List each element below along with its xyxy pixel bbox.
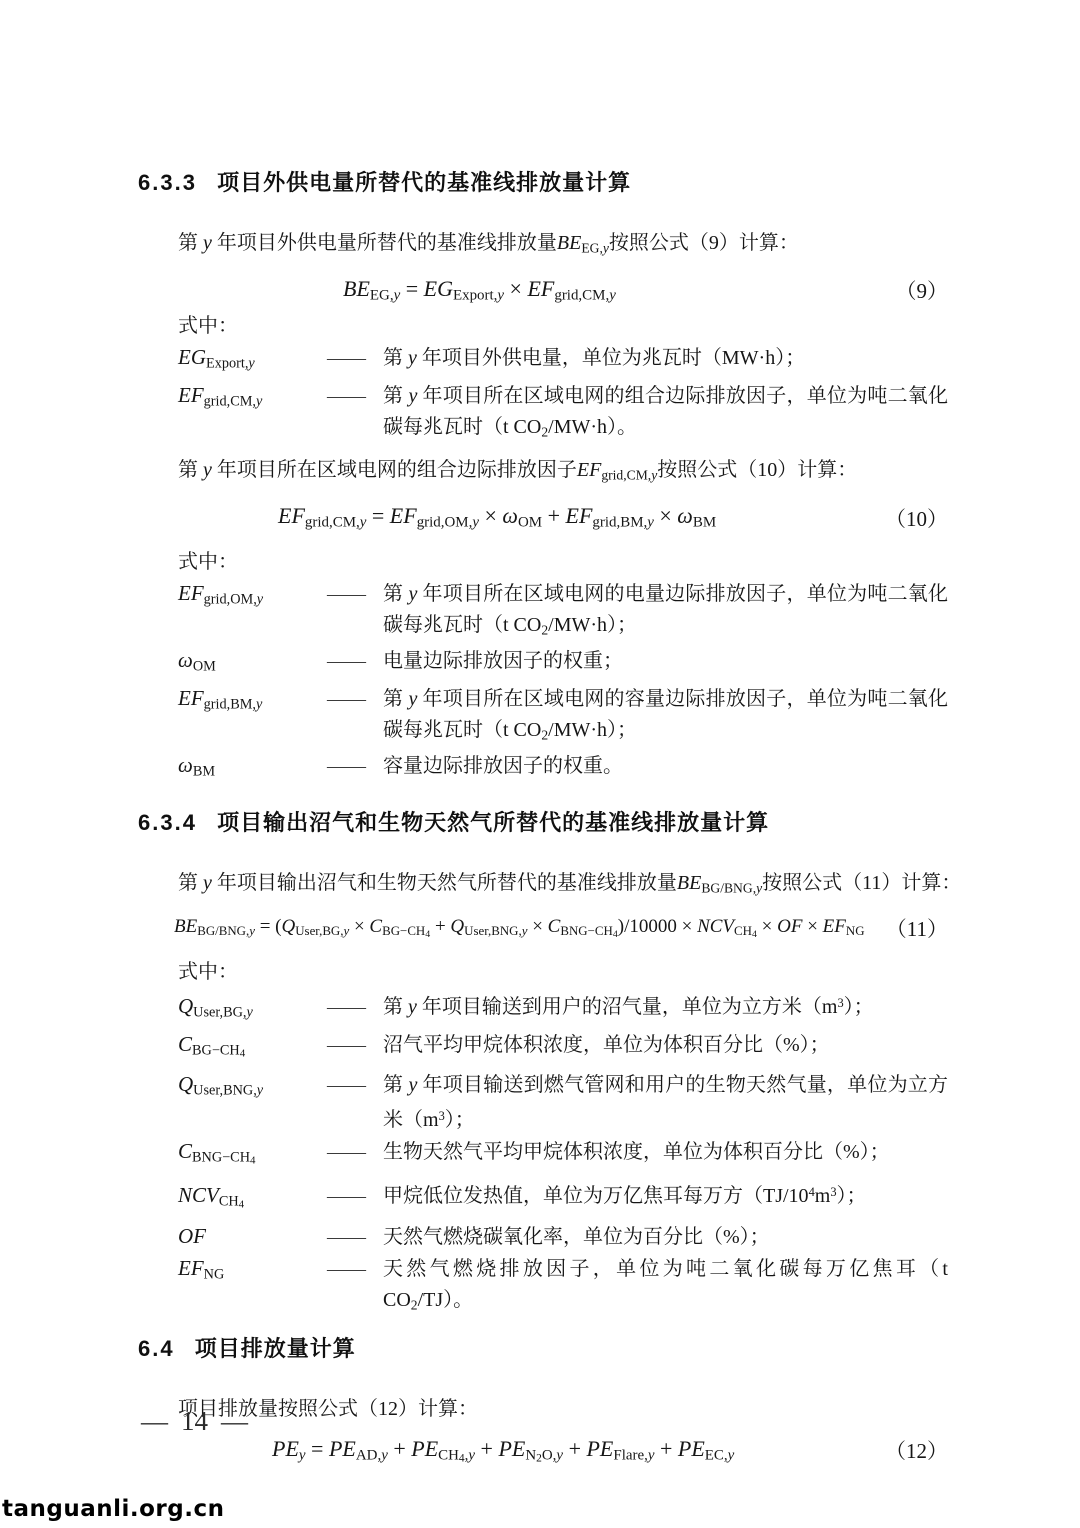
definition-row: QUser,BG,y —— 第 y 年项目输送到用户的沼气量，单位为立方米（m3… [138, 988, 948, 1029]
definition-dash: —— [327, 1070, 383, 1101]
section-title: 项目排放量计算 [195, 1336, 356, 1361]
definition-list-eq9: EGExport,y —— 第 y 年项目外供电量，单位为兆瓦时（MW·h）； … [138, 342, 948, 447]
section-heading-64: 6.4 项目排放量计算 [138, 1334, 948, 1364]
definition-dash: —— [327, 1254, 383, 1285]
variable-description: 第 y 年项目外供电量，单位为兆瓦时（MW·h）； [383, 343, 948, 374]
definition-row: ωOM —— 电量边际排放因子的权重； [138, 645, 948, 683]
definition-row: CBG−CH4 —— 沼气平均甲烷体积浓度，单位为体积百分比（%）； [138, 1029, 948, 1069]
variable-term: EFNG [178, 1253, 327, 1291]
variable-description: 甲烷低位发热值，单位为万亿焦耳每万方（TJ/104m3）； [383, 1177, 948, 1212]
page-number-dash: — [221, 1406, 248, 1437]
definition-row: NCVCH4 —— 甲烷低位发热值，单位为万亿焦耳每万方（TJ/104m3）； [138, 1177, 948, 1221]
formula-11: BEBG/BNG,y = (QUser,BG,y × CBG−CH4 + QUs… [174, 916, 865, 940]
formula-9: BEEG,y = EGExport,y × EFgrid,CM,y [343, 276, 616, 305]
formula-row-10: EFgrid,CM,y = EFgrid,OM,y × ωOM + EFgrid… [138, 497, 948, 539]
definition-dash: —— [327, 646, 383, 677]
definition-list-eq11: QUser,BG,y —— 第 y 年项目输送到用户的沼气量，单位为立方米（m3… [138, 988, 948, 1320]
variable-description: 电量边际排放因子的权重； [383, 646, 948, 677]
equation-label-12: （12） [885, 1435, 948, 1465]
formula-row-12: PEy = PEAD,y + PECH4,y + PEN2O,y + PEFla… [138, 1429, 948, 1471]
formula-row-9: BEEG,y = EGExport,y × EFgrid,CM,y （9） [138, 269, 948, 311]
variable-term: ωOM [178, 645, 327, 683]
variable-term: ωBM [178, 750, 327, 788]
section-heading-633: 6.3.3 项目外供电量所替代的基准线排放量计算 [138, 168, 948, 198]
definition-dash: —— [327, 1181, 383, 1212]
intro-paragraph-eq10: 第 y 年项目所在区域电网的组合边际排放因子EFgrid,CM,y按照公式（10… [138, 455, 948, 490]
definition-dash: —— [327, 343, 383, 374]
where-label: 式中： [138, 547, 948, 578]
definition-dash: —— [327, 1222, 383, 1253]
document-page: 6.3.3 项目外供电量所替代的基准线排放量计算 第 y 年项目外供电量所替代的… [0, 0, 1080, 1528]
variable-description: 生物天然气平均甲烷体积浓度，单位为体积百分比（%）； [383, 1137, 948, 1168]
intro-paragraph-eq11: 第 y 年项目输出沼气和生物天然气所替代的基准线排放量BEBG/BNG,y按照公… [138, 868, 948, 903]
watermark-text: tanguanli.org.cn [2, 1496, 224, 1522]
definition-list-eq10: EFgrid,OM,y —— 第 y 年项目所在区域电网的电量边际排放因子，单位… [138, 578, 948, 788]
section-title: 项目输出沼气和生物天然气所替代的基准线排放量计算 [217, 810, 769, 835]
variable-description: 天然气燃烧排放因子，单位为吨二氧化碳每万亿焦耳（t CO2/TJ）。 [383, 1254, 948, 1320]
definition-dash: —— [327, 751, 383, 782]
intro-paragraph-eq12: 项目排放量按照公式（12）计算： [138, 1394, 948, 1425]
definition-row: EFNG —— 天然气燃烧排放因子，单位为吨二氧化碳每万亿焦耳（t CO2/TJ… [138, 1253, 948, 1320]
intro-paragraph-eq9: 第 y 年项目外供电量所替代的基准线排放量BEEG,y按照公式（9）计算： [138, 228, 948, 263]
variable-description: 容量边际排放因子的权重。 [383, 751, 948, 782]
variable-description: 第 y 年项目输送到燃气管网和用户的生物天然气量，单位为立方米（m3）； [383, 1070, 948, 1136]
formula-12: PEy = PEAD,y + PECH4,y + PEN2O,y + PEFla… [272, 1436, 734, 1465]
definition-row: CBNG−CH4 —— 生物天然气平均甲烷体积浓度，单位为体积百分比（%）； [138, 1136, 948, 1176]
variable-term: OF [178, 1221, 327, 1252]
definition-row: EFgrid,OM,y —— 第 y 年项目所在区域电网的电量边际排放因子，单位… [138, 578, 948, 645]
page-number-value: 14 [181, 1406, 208, 1437]
variable-term: EFgrid,OM,y [178, 578, 327, 616]
variable-description: 沼气平均甲烷体积浓度，单位为体积百分比（%）； [383, 1030, 948, 1061]
definition-dash: —— [327, 1137, 383, 1168]
definition-dash: —— [327, 992, 383, 1023]
variable-description: 天然气燃烧碳氧化率，单位为百分比（%）； [383, 1222, 948, 1253]
equation-label-9: （9） [896, 275, 949, 305]
equation-label-11: （11） [886, 913, 948, 943]
definition-dash: —— [327, 684, 383, 715]
definition-row: ωBM —— 容量边际排放因子的权重。 [138, 750, 948, 788]
definition-dash: —— [327, 1030, 383, 1061]
where-label: 式中： [138, 957, 948, 988]
definition-dash: —— [327, 381, 383, 412]
variable-term: NCVCH4 [178, 1180, 327, 1220]
variable-description: 第 y 年项目输送到用户的沼气量，单位为立方米（m3）； [383, 988, 948, 1023]
variable-term: QUser,BNG,y [178, 1069, 327, 1107]
definition-row: QUser,BNG,y —— 第 y 年项目输送到燃气管网和用户的生物天然气量，… [138, 1069, 948, 1136]
section-number: 6.3.3 [138, 170, 197, 195]
definition-row: EFgrid,BM,y —— 第 y 年项目所在区域电网的容量边际排放因子，单位… [138, 683, 948, 750]
section-number: 6.4 [138, 1336, 175, 1361]
equation-label-10: （10） [885, 503, 948, 533]
variable-description: 第 y 年项目所在区域电网的容量边际排放因子，单位为吨二氧化碳每兆瓦时（t CO… [383, 684, 948, 750]
page-content: 6.3.3 项目外供电量所替代的基准线排放量计算 第 y 年项目外供电量所替代的… [0, 0, 1080, 1471]
page-number: — 14 — [141, 1406, 248, 1437]
variable-description: 第 y 年项目所在区域电网的电量边际排放因子，单位为吨二氧化碳每兆瓦时（t CO… [383, 579, 948, 645]
definition-row: OF —— 天然气燃烧碳氧化率，单位为百分比（%）； [138, 1221, 948, 1253]
variable-term: CBG−CH4 [178, 1029, 327, 1069]
variable-term: EGExport,y [178, 342, 327, 380]
section-title: 项目外供电量所替代的基准线排放量计算 [217, 170, 631, 195]
variable-term: CBNG−CH4 [178, 1136, 327, 1176]
page-number-dash: — [141, 1406, 168, 1437]
formula-10: EFgrid,CM,y = EFgrid,OM,y × ωOM + EFgrid… [278, 503, 716, 532]
definition-dash: —— [327, 579, 383, 610]
definition-row: EGExport,y —— 第 y 年项目外供电量，单位为兆瓦时（MW·h）； [138, 342, 948, 380]
variable-term: EFgrid,CM,y [178, 380, 327, 418]
where-label: 式中： [138, 311, 948, 342]
formula-row-11: BEBG/BNG,y = (QUser,BG,y × CBG−CH4 + QUs… [138, 907, 948, 949]
variable-term: EFgrid,BM,y [178, 683, 327, 721]
section-heading-634: 6.3.4 项目输出沼气和生物天然气所替代的基准线排放量计算 [138, 808, 948, 838]
definition-row: EFgrid,CM,y —— 第 y 年项目所在区域电网的组合边际排放因子，单位… [138, 380, 948, 447]
variable-description: 第 y 年项目所在区域电网的组合边际排放因子，单位为吨二氧化碳每兆瓦时（t CO… [383, 381, 948, 447]
variable-term: QUser,BG,y [178, 991, 327, 1029]
section-number: 6.3.4 [138, 810, 197, 835]
